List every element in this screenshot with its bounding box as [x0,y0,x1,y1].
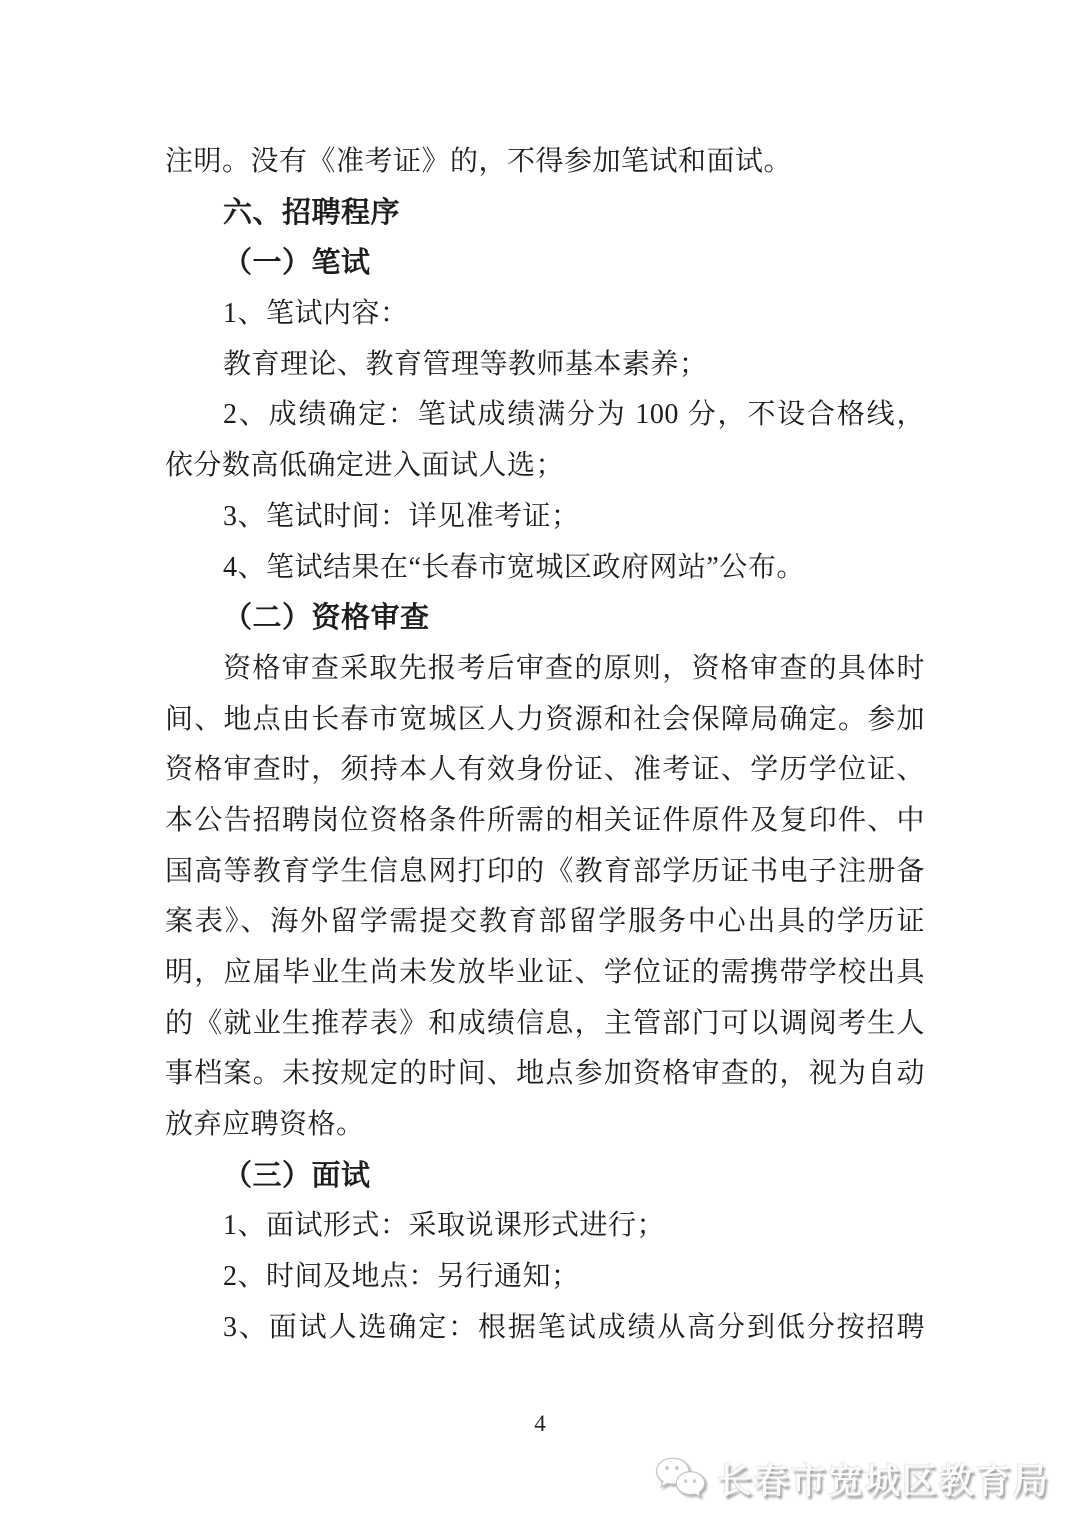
heading-line: （一）笔试 [165,238,925,289]
text-line: 的《就业生推荐表》和成绩信息，主管部门可以调阅考生人 [165,999,925,1050]
text-line: 明，应届毕业生尚未发放毕业证、学位证的需携带学校出具 [165,948,925,999]
footer-watermark: 长春市宽城区教育局 [654,1450,1050,1508]
heading-line: 六、招聘程序 [165,188,925,239]
text-line: 资格审查采取先报考后审查的原则，资格审查的具体时 [165,644,925,695]
text-line: 1、笔试内容： [165,289,925,340]
footer-brand-text: 长春市宽城区教育局 [717,1454,1050,1504]
document-text-block: 注明。没有《准考证》的，不得参加笔试和面试。六、招聘程序（一）笔试1、笔试内容：… [165,137,925,1354]
page-number: 4 [0,1412,1080,1435]
text-line: 2、时间及地点：另行通知； [165,1252,925,1303]
text-line: 注明。没有《准考证》的，不得参加笔试和面试。 [165,137,925,188]
heading-line: （三）面试 [165,1151,925,1202]
text-line: 3、笔试时间：详见准考证； [165,492,925,543]
text-line: 教育理论、教育管理等教师基本素养； [165,340,925,391]
heading-line: （二）资格审查 [165,593,925,644]
text-line: 本公告招聘岗位资格条件所需的相关证件原件及复印件、中 [165,796,925,847]
text-line: 放弃应聘资格。 [165,1100,925,1151]
text-line: 4、笔试结果在“长春市宽城区政府网站”公布。 [165,543,925,594]
text-line: 国高等教育学生信息网打印的《教育部学历证书电子注册备 [165,847,925,898]
wechat-icon [654,1454,708,1504]
document-page: 注明。没有《准考证》的，不得参加笔试和面试。六、招聘程序（一）笔试1、笔试内容：… [0,0,1080,1527]
text-line: 事档案。未按规定的时间、地点参加资格审查的，视为自动 [165,1049,925,1100]
text-line: 2、成绩确定：笔试成绩满分为 100 分，不设合格线， [165,390,925,441]
text-line: 资格审查时，须持本人有效身份证、准考证、学历学位证、 [165,745,925,796]
text-line: 间、地点由长春市宽城区人力资源和社会保障局确定。参加 [165,695,925,746]
text-line: 1、面试形式：采取说课形式进行； [165,1201,925,1252]
text-line: 依分数高低确定进入面试人选； [165,441,925,492]
text-line: 案表》、海外留学需提交教育部留学服务中心出具的学历证 [165,897,925,948]
text-line: 3、面试人选确定：根据笔试成绩从高分到低分按招聘 [165,1303,925,1354]
